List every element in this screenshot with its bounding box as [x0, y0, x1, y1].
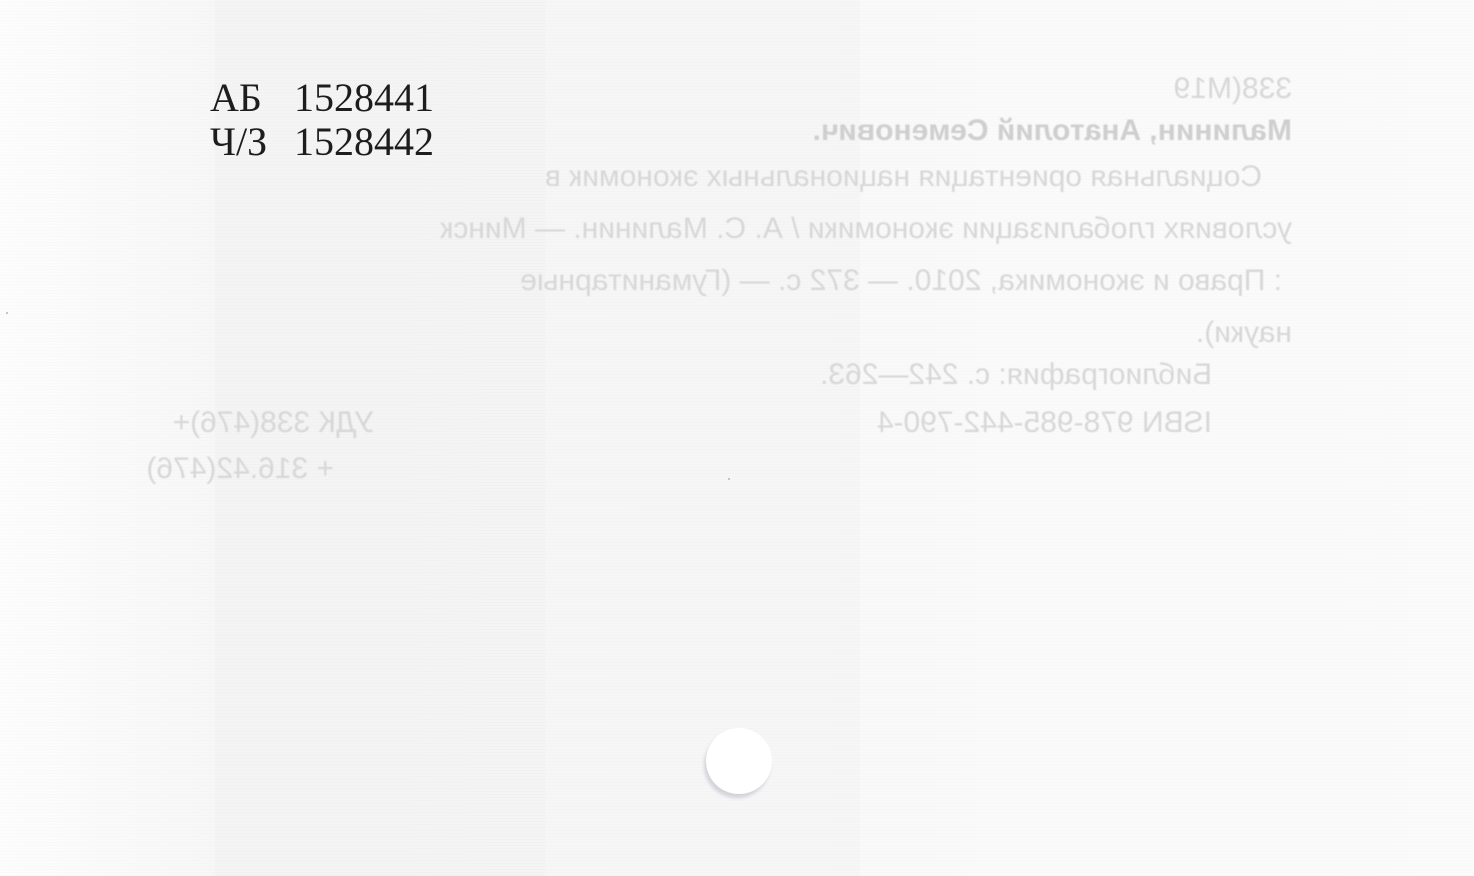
inventory-code: Ч/З: [210, 120, 280, 164]
inventory-number: 1528441: [294, 76, 434, 120]
inventory-numbers: АБ 1528441 Ч/З 1528442: [210, 76, 434, 164]
paper-shading: [860, 0, 1474, 876]
paper-speck: [6, 312, 8, 314]
scanned-page: 338(М19 Малинин, Анатолий Семенович. Соц…: [0, 0, 1474, 876]
inventory-number: 1528442: [294, 120, 434, 164]
paper-speck: [728, 478, 730, 480]
inventory-code: АБ: [210, 76, 280, 120]
inventory-row: Ч/З 1528442: [210, 120, 434, 164]
punched-hole: [706, 728, 772, 794]
inventory-row: АБ 1528441: [210, 76, 434, 120]
